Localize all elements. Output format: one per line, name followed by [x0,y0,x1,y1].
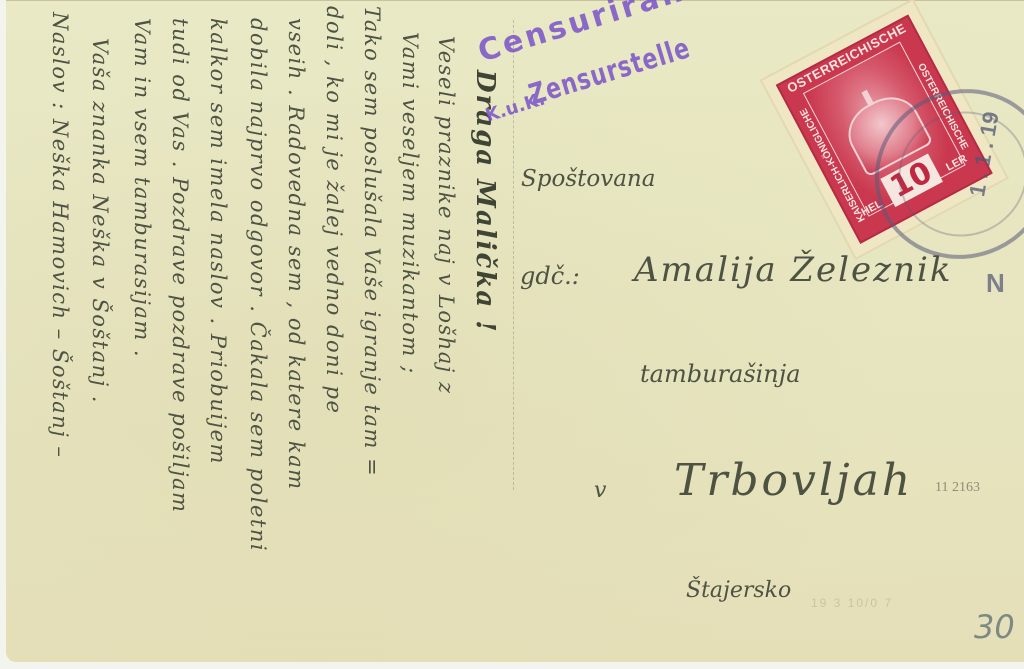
address-occupation: tamburašinja [640,360,801,388]
postcard: Draga Malička ! Veseli praznike naj v Lo… [6,0,1024,662]
message-line: vseih . Radovedna sem , od katere kam [284,18,308,491]
pencil-number: 30 [974,608,1015,646]
handwritten-message: Draga Malička ! Veseli praznike naj v Lo… [6,2,506,662]
address-salutation: Spoštovana [521,166,655,192]
message-line: kalkor sem imela naslov . Priobuijem [206,18,230,465]
message-line: Vaša znanka Neška v Šoštanj . [88,38,112,404]
address-name: Amalija Železnik [634,250,952,290]
address-title: gdč.: [520,262,580,290]
divider-line [513,20,514,490]
message-line: dobila najprvo odgovor . Čakala sem pole… [246,18,270,552]
address-preposition: v [594,478,606,503]
faint-printed-text: 19 3 10/0 7 [811,596,893,610]
message-line: Tako sem poslušala Vaše igranje tam = [360,6,384,477]
message-line: Vami veseljem muzikantom ; [398,32,422,375]
message-line: Vam in vsem tamburasijam . [130,18,154,358]
message-line: tudi od Vas . Pozdrave pozdrave pošiljam [168,18,192,513]
address-region: Štajersko [686,578,791,603]
postmark-code: N [986,268,1005,299]
message-line: doli , ko mi je žalej vedno doni pe [322,6,346,414]
address-city: Trbovljah [674,455,913,506]
printed-catalog-code: 11 2163 [935,480,980,496]
message-signature: Naslov : Neška Hamovich – Šoštanj – [48,12,72,458]
message-line: Veseli praznike naj v Lošhaj z [434,36,458,395]
